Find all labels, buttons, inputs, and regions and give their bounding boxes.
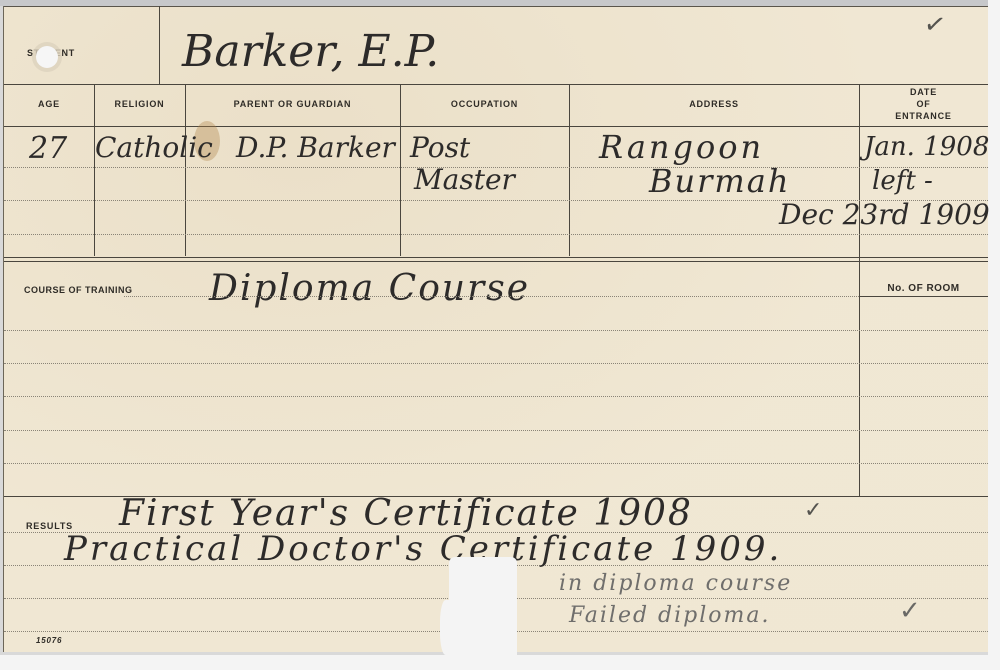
check-mark-icon: ✓ bbox=[899, 596, 921, 626]
section-rule-bottom bbox=[4, 261, 988, 262]
header-row-top-rule bbox=[4, 84, 988, 85]
dotted-rule bbox=[4, 234, 988, 235]
dotted-rule bbox=[4, 396, 988, 397]
occupation-header: OCCUPATION bbox=[400, 99, 569, 109]
address-value-line2: Burmah bbox=[649, 162, 790, 200]
course-of-training-value: Diploma Course bbox=[209, 268, 530, 309]
address-value-line1: Rangoon bbox=[599, 128, 764, 166]
col-divider-occupation bbox=[569, 84, 570, 256]
room-label-underline bbox=[859, 296, 988, 297]
age-value: 27 bbox=[29, 131, 67, 166]
date-left-label: left - bbox=[872, 166, 933, 196]
top-border bbox=[4, 6, 988, 7]
scan-right-margin bbox=[988, 0, 1000, 670]
index-card-notch bbox=[449, 557, 517, 670]
date-header-line1: DATE bbox=[859, 86, 988, 98]
parent-header: PARENT OR GUARDIAN bbox=[185, 99, 400, 109]
student-name-value: Barker, E.P. bbox=[182, 26, 439, 77]
results-value-line2: Practical Doctor's Certificate 1909. bbox=[64, 529, 782, 569]
religion-header: RELIGION bbox=[94, 99, 185, 109]
student-label-divider bbox=[159, 6, 160, 84]
punch-hole bbox=[36, 46, 58, 68]
section-rule-top bbox=[4, 257, 988, 258]
date-entrance-value: Jan. 1908 bbox=[864, 132, 989, 162]
date-of-entrance-header: DATE OF ENTRANCE bbox=[859, 86, 988, 122]
dotted-rule bbox=[4, 430, 988, 431]
results-value-line4: Failed diploma. bbox=[569, 603, 771, 628]
parent-value: D.P. Barker bbox=[236, 131, 395, 164]
results-value-line1: First Year's Certificate 1908 bbox=[119, 493, 693, 534]
dotted-rule bbox=[4, 463, 988, 464]
dotted-rule bbox=[4, 330, 988, 331]
occupation-value-line2: Master bbox=[414, 163, 515, 196]
col-divider-religion bbox=[185, 84, 186, 256]
results-value-line3: in diploma course bbox=[559, 571, 792, 596]
date-header-line3: ENTRANCE bbox=[859, 110, 988, 122]
date-header-line2: OF bbox=[859, 98, 988, 110]
age-header: AGE bbox=[4, 99, 94, 109]
dotted-rule bbox=[4, 363, 988, 364]
student-record-card: STUDENT Barker, E.P. ✓ AGE RELIGION PARE… bbox=[3, 6, 988, 652]
room-number-label: No. OF ROOM bbox=[859, 283, 988, 294]
header-row-bottom-rule bbox=[4, 126, 988, 127]
occupation-value-line1: Post bbox=[410, 131, 470, 164]
torn-edge bbox=[440, 600, 454, 655]
religion-value: Catholic bbox=[95, 131, 213, 164]
date-left-value: Dec 23rd 1909 bbox=[779, 198, 990, 231]
check-mark-icon: ✓ bbox=[922, 8, 949, 41]
course-of-training-label: COURSE OF TRAINING bbox=[24, 285, 133, 295]
form-number: 15076 bbox=[36, 636, 62, 645]
col-divider-age bbox=[94, 84, 95, 256]
address-header: ADDRESS bbox=[569, 99, 859, 109]
col-divider-parent bbox=[400, 84, 401, 256]
check-mark-icon: ✓ bbox=[804, 498, 822, 523]
dotted-rule bbox=[124, 296, 859, 297]
